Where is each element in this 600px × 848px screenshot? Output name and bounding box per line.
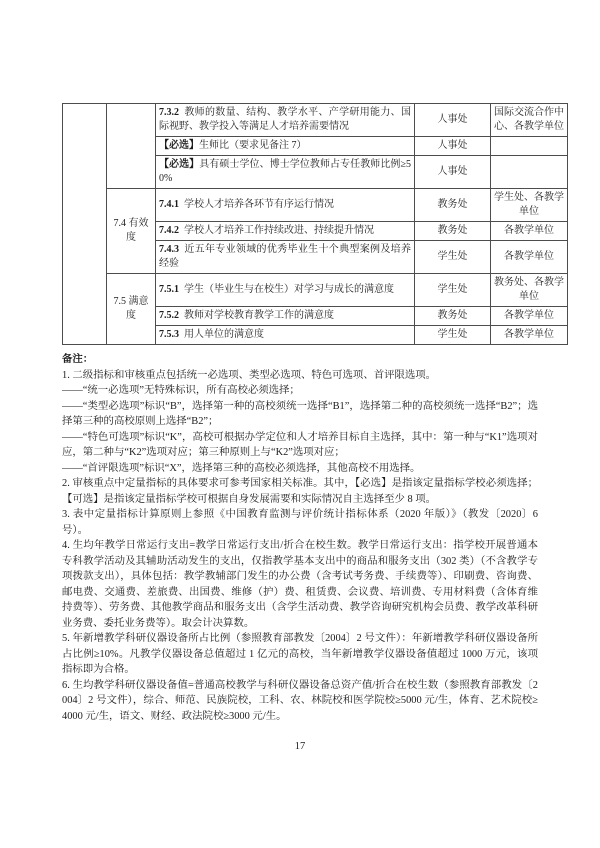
indicator-number: 7.4.1 bbox=[159, 199, 179, 210]
notes-title: 备注： bbox=[62, 352, 538, 368]
note-paragraph: 1. 二级指标和审核重点包括统一必选项、类型必选项、特色可选项、首评限选项。 bbox=[62, 368, 538, 384]
lead-dept-cell: 教务处 bbox=[415, 307, 491, 326]
indicator-number: 7.5.2 bbox=[159, 310, 179, 321]
note-paragraph: 5. 年新增教学科研仪器设备所占比例（参照教育部教发〔2004〕2 号文件）：年… bbox=[62, 631, 538, 678]
review-point-cell: 7.4.2学校人才培养工作持续改进、持续提升情况 bbox=[156, 222, 415, 241]
lead-dept-cell: 学生处 bbox=[415, 241, 491, 274]
co-dept-cell: 教务处、各教学单位 bbox=[491, 274, 568, 307]
required-tag: 【必选】 bbox=[159, 140, 199, 151]
co-dept-cell: 国际交流合作中心、各教学单位 bbox=[491, 104, 568, 137]
co-dept-cell: 各教学单位 bbox=[491, 326, 568, 345]
indicator-text: 学校人才培养各环节有序运行情况 bbox=[184, 199, 334, 210]
indicator-text: 用人单位的满意度 bbox=[184, 329, 264, 340]
table-row: 7.4 有效度 7.4.1学校人才培养各环节有序运行情况 教务处 学生处、各教学… bbox=[63, 189, 568, 222]
indicator-number: 7.4.2 bbox=[159, 225, 179, 236]
table-row: 7.3.2教师的数量、结构、教学水平、产学研用能力、国际视野、教学投入等满足人才… bbox=[63, 104, 568, 137]
lead-dept-cell: 人事处 bbox=[415, 156, 491, 189]
indicator-text: 教师对学校教育教学工作的满意度 bbox=[184, 310, 334, 321]
indicator-text: 近五年专业领域的优秀毕业生十个典型案例及培养经验 bbox=[159, 244, 411, 269]
indicator-text: 学校人才培养工作持续改进、持续提升情况 bbox=[184, 225, 374, 236]
required-tag: 【必选】 bbox=[159, 159, 199, 170]
review-point-cell: 7.4.3近五年专业领域的优秀毕业生十个典型案例及培养经验 bbox=[156, 241, 415, 274]
review-point-cell: 【必选】具有硕士学位、博士学位教师占专任教师比例≥50% bbox=[156, 156, 415, 189]
page-content: 7.3.2教师的数量、结构、教学水平、产学研用能力、国际视野、教学投入等满足人才… bbox=[62, 103, 538, 724]
document-page: 7.3.2教师的数量、结构、教学水平、产学研用能力、国际视野、教学投入等满足人才… bbox=[0, 0, 600, 848]
review-point-cell: 7.4.1学校人才培养各环节有序运行情况 bbox=[156, 189, 415, 222]
indicator-table: 7.3.2教师的数量、结构、教学水平、产学研用能力、国际视野、教学投入等满足人才… bbox=[62, 103, 568, 345]
level1-indicator-cell bbox=[63, 104, 107, 345]
co-dept-cell: 各教学单位 bbox=[491, 241, 568, 274]
indicator-text: 生师比（要求见备注 7） bbox=[199, 140, 307, 151]
note-dash-line: ——“类型必选项”标识“B”，选择第一种的高校须统一选择“B1”，选择第二种的高… bbox=[62, 399, 538, 430]
review-point-cell: 7.5.2教师对学校教育教学工作的满意度 bbox=[156, 307, 415, 326]
indicator-number: 7.5.3 bbox=[159, 329, 179, 340]
note-paragraph: 4. 生均年教学日常运行支出=教学日常运行支出/折合在校生数。教学日常运行支出：… bbox=[62, 538, 538, 631]
review-point-cell: 【必选】生师比（要求见备注 7） bbox=[156, 137, 415, 156]
review-point-cell: 7.5.3用人单位的满意度 bbox=[156, 326, 415, 345]
review-point-cell: 7.5.1学生（毕业生与在校生）对学习与成长的满意度 bbox=[156, 274, 415, 307]
indicator-number: 7.3.2 bbox=[159, 107, 179, 118]
table-row: 7.5 满意度 7.5.1学生（毕业生与在校生）对学习与成长的满意度 学生处 教… bbox=[63, 274, 568, 307]
lead-dept-cell: 人事处 bbox=[415, 104, 491, 137]
indicator-text: 学生（毕业生与在校生）对学习与成长的满意度 bbox=[184, 284, 394, 295]
lead-dept-cell: 教务处 bbox=[415, 189, 491, 222]
note-dash-line: ——“首评限选项”标识“X”，选择第三种的高校必须选择，其他高校不用选择。 bbox=[62, 461, 538, 477]
note-dash-line: ——“特色可选项”标识“K”，高校可根据办学定位和人才培养目标自主选择，其中：第… bbox=[62, 430, 538, 461]
co-dept-cell: 各教学单位 bbox=[491, 307, 568, 326]
review-point-cell: 7.3.2教师的数量、结构、教学水平、产学研用能力、国际视野、教学投入等满足人才… bbox=[156, 104, 415, 137]
note-paragraph: 2. 审核重点中定量指标的具体要求可参考国家相关标准。其中，【必选】是指该定量指… bbox=[62, 476, 538, 507]
co-dept-cell bbox=[491, 137, 568, 156]
level2-indicator-cell: 7.5 满意度 bbox=[107, 274, 156, 345]
indicator-text: 教师的数量、结构、教学水平、产学研用能力、国际视野、教学投入等满足人才培养需要情… bbox=[159, 107, 411, 132]
lead-dept-cell: 学生处 bbox=[415, 274, 491, 307]
co-dept-cell: 学生处、各教学单位 bbox=[491, 189, 568, 222]
level2-indicator-cell bbox=[107, 104, 156, 189]
lead-dept-cell: 教务处 bbox=[415, 222, 491, 241]
co-dept-cell: 各教学单位 bbox=[491, 222, 568, 241]
indicator-number: 7.4.3 bbox=[159, 244, 179, 255]
note-paragraph: 3. 表中定量指标计算原则上参照《中国教育监测与评价统计指标体系（2020 年版… bbox=[62, 507, 538, 538]
notes-section: 备注： 1. 二级指标和审核重点包括统一必选项、类型必选项、特色可选项、首评限选… bbox=[62, 352, 538, 724]
co-dept-cell bbox=[491, 156, 568, 189]
page-number: 17 bbox=[0, 741, 600, 752]
note-dash-line: ——“统一必选项”无特殊标识，所有高校必须选择； bbox=[62, 383, 538, 399]
lead-dept-cell: 学生处 bbox=[415, 326, 491, 345]
note-paragraph: 6. 生均教学科研仪器设备值=普通高校教学与科研仪器设备总资产值/折合在校生数（… bbox=[62, 678, 538, 725]
lead-dept-cell: 人事处 bbox=[415, 137, 491, 156]
indicator-number: 7.5.1 bbox=[159, 284, 179, 295]
level2-indicator-cell: 7.4 有效度 bbox=[107, 189, 156, 274]
